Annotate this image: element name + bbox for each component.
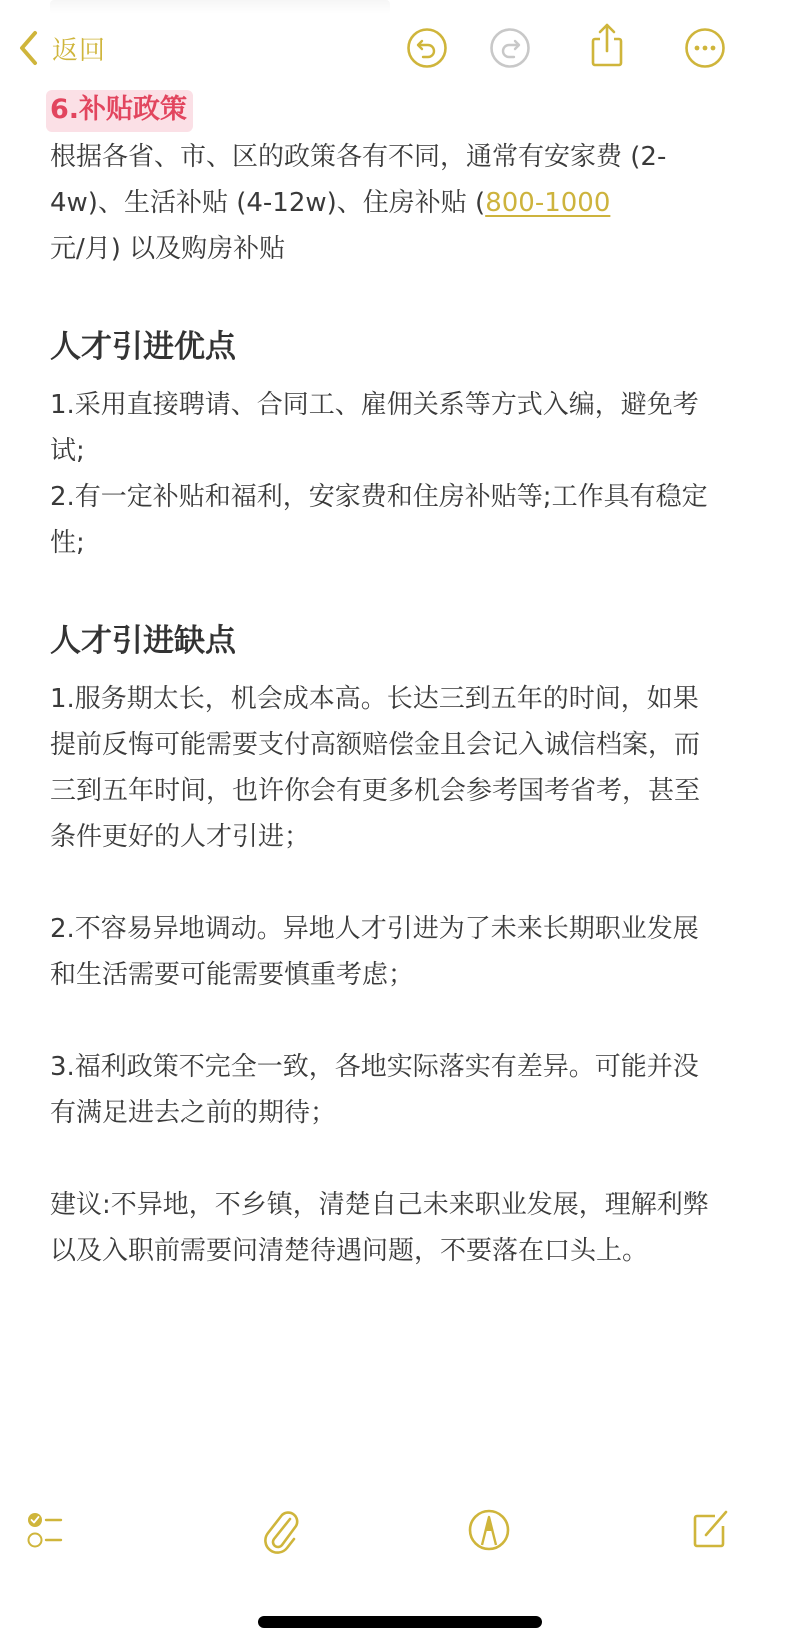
redo-button[interactable] [487, 25, 533, 71]
share-button[interactable] [584, 22, 630, 68]
nav-bar: 返回 [0, 20, 800, 76]
attachment-button[interactable] [255, 1502, 311, 1558]
checklist-button[interactable] [20, 1502, 76, 1558]
paperclip-icon [260, 1505, 306, 1555]
pros-item: 1.采用直接聘请、合同工、雇佣关系等方式入编，避免考试; [50, 382, 722, 474]
undo-icon [406, 27, 448, 69]
redo-icon [489, 27, 531, 69]
section-tag-subsidy: 6.补贴政策 [46, 90, 193, 132]
blank-line [50, 860, 730, 906]
blank-line [50, 998, 730, 1044]
pros-list: 1.采用直接聘请、合同工、雇佣关系等方式入编，避免考试; 2.有一定补贴和福利，… [50, 382, 730, 566]
cons-heading: 人才引进缺点 [50, 618, 730, 664]
amount-link[interactable]: 800-1000 [485, 188, 610, 218]
faded-overflow-text [50, 0, 390, 14]
share-icon [587, 21, 627, 69]
home-indicator[interactable] [258, 1616, 542, 1628]
compose-button[interactable] [682, 1502, 738, 1558]
markup-button[interactable] [461, 1502, 517, 1558]
pros-item: 2.有一定补贴和福利，安家费和住房补贴等;工作具有稳定性; [50, 474, 722, 566]
checklist-icon [25, 1507, 71, 1553]
cons-item: 3.福利政策不完全一致，各地实际落实有差异。可能并没有满足进去之前的期待； [50, 1044, 722, 1136]
undo-button[interactable] [404, 25, 450, 71]
note-body[interactable]: 6.补贴政策 根据各省、市、区的政策各有不同，通常有安家费 (2-4w)、生活补… [50, 90, 730, 1274]
back-label: 返回 [52, 30, 106, 67]
markup-pen-icon [467, 1508, 511, 1552]
subsidy-text-after: 元/月) 以及购房补贴 [50, 234, 285, 264]
bottom-toolbar [0, 1500, 800, 1560]
back-button[interactable]: 返回 [18, 26, 106, 70]
cons-list: 1.服务期太长，机会成本高。长达三到五年的时间，如果提前反悔可能需要支付高额赔偿… [50, 676, 730, 1274]
blank-line [50, 1136, 730, 1182]
advice-paragraph: 建议:不异地，不乡镇，清楚自己未来职业发展，理解利弊以及入职前需要问清楚待遇问题… [50, 1182, 722, 1274]
compose-icon [688, 1508, 732, 1552]
cons-item: 1.服务期太长，机会成本高。长达三到五年的时间，如果提前反悔可能需要支付高额赔偿… [50, 676, 722, 860]
more-button[interactable] [682, 25, 728, 71]
more-icon [684, 27, 726, 69]
subsidy-paragraph: 根据各省、市、区的政策各有不同，通常有安家费 (2-4w)、生活补贴 (4-12… [50, 134, 720, 272]
pros-heading: 人才引进优点 [50, 324, 730, 370]
cons-item: 2.不容易异地调动。异地人才引进为了未来长期职业发展和生活需要可能需要慎重考虑； [50, 906, 722, 998]
chevron-left-icon [18, 30, 40, 66]
